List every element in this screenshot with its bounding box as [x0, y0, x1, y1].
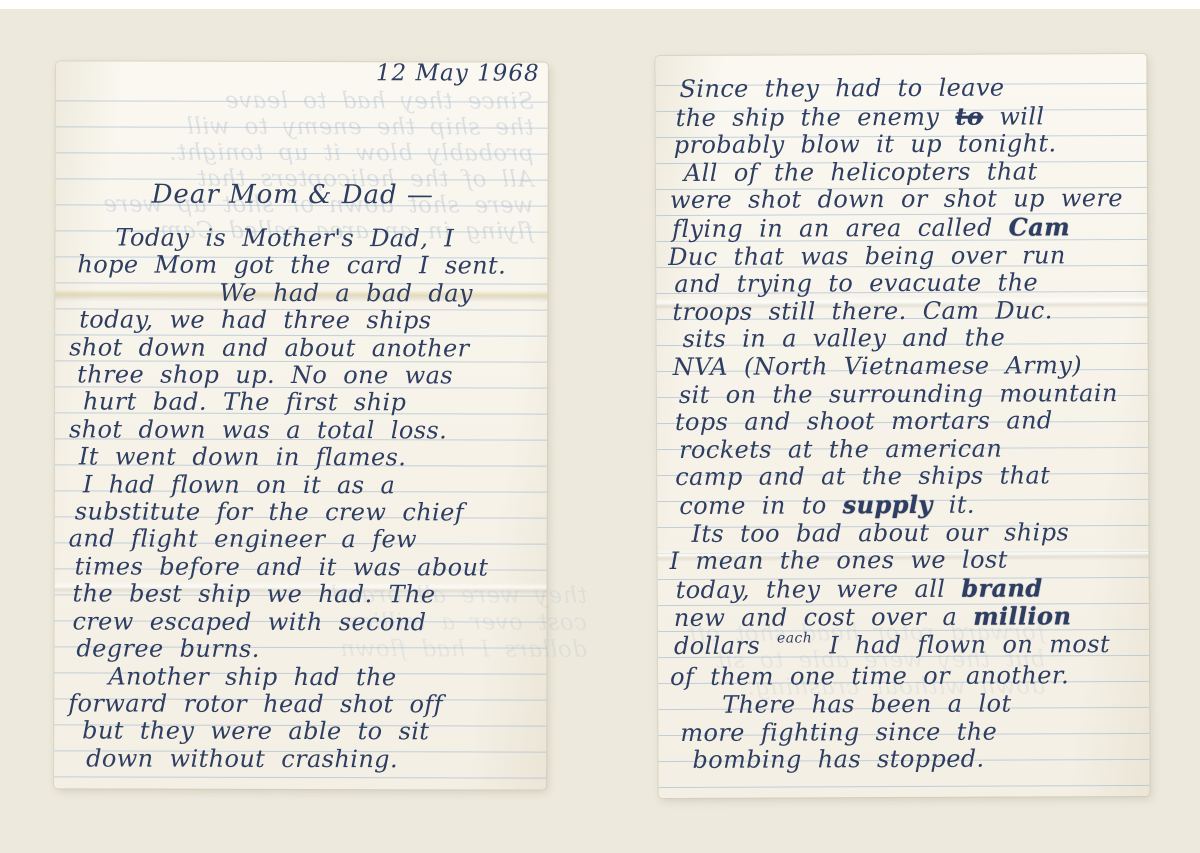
handwritten-line: hurt bad. The first ship	[69, 389, 543, 418]
handwritten-line: today, they were all brand	[670, 574, 1145, 605]
handwritten-line: the best ship we had. The	[69, 581, 543, 610]
handwritten-line: We had a bad day	[69, 279, 543, 308]
handwritten-line: probably blow it up tonight.	[668, 130, 1143, 160]
handwritten-line: Another ship had the	[68, 663, 542, 692]
handwritten-line: Its too bad about our ships	[669, 518, 1144, 548]
handwritten-line: of them one time or another.	[670, 662, 1145, 692]
handwritten-line: It went down in flames.	[69, 444, 543, 473]
letter-page-2: forward rotor head shot offbut they were…	[655, 54, 1149, 798]
handwritten-line: three shop up. No one was	[69, 361, 543, 390]
handwritten-line: Duc that was being over run	[668, 242, 1143, 272]
handwritten-line: and flight engineer a few	[69, 526, 543, 555]
handwritten-line: and trying to evacuate the	[668, 269, 1143, 299]
handwritten-line: the ship the enemy to will	[668, 102, 1143, 133]
handwritten-line: today, we had three ships	[69, 307, 543, 336]
bleedthrough-line: Since they had to leave	[64, 87, 534, 114]
handwritten-line: substitute for the crew chief	[69, 498, 543, 527]
handwritten-line: sits in a valley and the	[669, 324, 1144, 354]
handwritten-line: Today is Mother's Dad, I	[69, 224, 543, 253]
handwritten-line: Since they had to leave	[667, 74, 1142, 104]
handwritten-line: degree burns.	[68, 635, 542, 664]
letter-body-page-2: Since they had to leavethe ship the enem…	[667, 74, 1145, 775]
handwritten-line: tops and shoot mortars and	[669, 407, 1144, 437]
handwritten-line: shot down and about another	[69, 334, 543, 363]
handwritten-line: were shot down or shot up were	[668, 185, 1143, 215]
handwritten-line: new and cost over a million	[670, 602, 1145, 633]
handwritten-line: shot down was a total loss.	[69, 416, 543, 445]
handwritten-line: times before and it was about	[69, 553, 543, 582]
letter-salutation: Dear Mom & Dad —	[152, 180, 434, 211]
scan-edge-strip	[0, 0, 1200, 9]
handwritten-line: crew escaped with second	[68, 608, 542, 637]
letter-date: 12 May 1968	[376, 60, 540, 86]
handwritten-line: dollars each I had flown on most	[670, 631, 1145, 665]
handwritten-line: sit on the surrounding mountain	[669, 379, 1144, 409]
handwritten-line: All of the helicopters that	[668, 158, 1143, 188]
handwritten-line: more fighting since the	[670, 718, 1145, 748]
handwritten-line: but they were able to sit	[68, 718, 542, 747]
handwritten-line: hope Mom got the card I sent.	[69, 252, 543, 281]
handwritten-line: bombing has stopped.	[670, 745, 1145, 775]
letter-page-1: Since they had to leavethe ship the enem…	[54, 61, 548, 789]
handwritten-line: flying in an area called Cam	[668, 213, 1143, 244]
handwritten-line: troops still there. Cam Duc.	[668, 297, 1143, 327]
handwritten-line: I had flown on it as a	[69, 471, 543, 500]
letter-scan-background: Since they had to leavethe ship the enem…	[0, 0, 1200, 853]
bleedthrough-line: the ship the enemy to will	[64, 113, 534, 140]
letter-body-page-1: Today is Mother's Dad, Ihope Mom got the…	[68, 224, 543, 773]
handwritten-line: forward rotor head shot off	[68, 690, 542, 719]
handwritten-line: camp and at the ships that	[669, 462, 1144, 492]
handwritten-line: come in to supply it.	[669, 490, 1144, 521]
bleedthrough-text: Since they had to leavethe ship the enem…	[63, 87, 533, 244]
handwritten-line: down without crashing.	[68, 745, 542, 774]
handwritten-line: NVA (North Vietnamese Army)	[669, 352, 1144, 382]
bleedthrough-line: probably blow it up tonight.	[64, 139, 534, 166]
handwritten-line: rockets at the american	[669, 435, 1144, 465]
handwritten-line: I mean the ones we lost	[670, 546, 1145, 576]
handwritten-line: There has been a lot	[670, 690, 1145, 720]
